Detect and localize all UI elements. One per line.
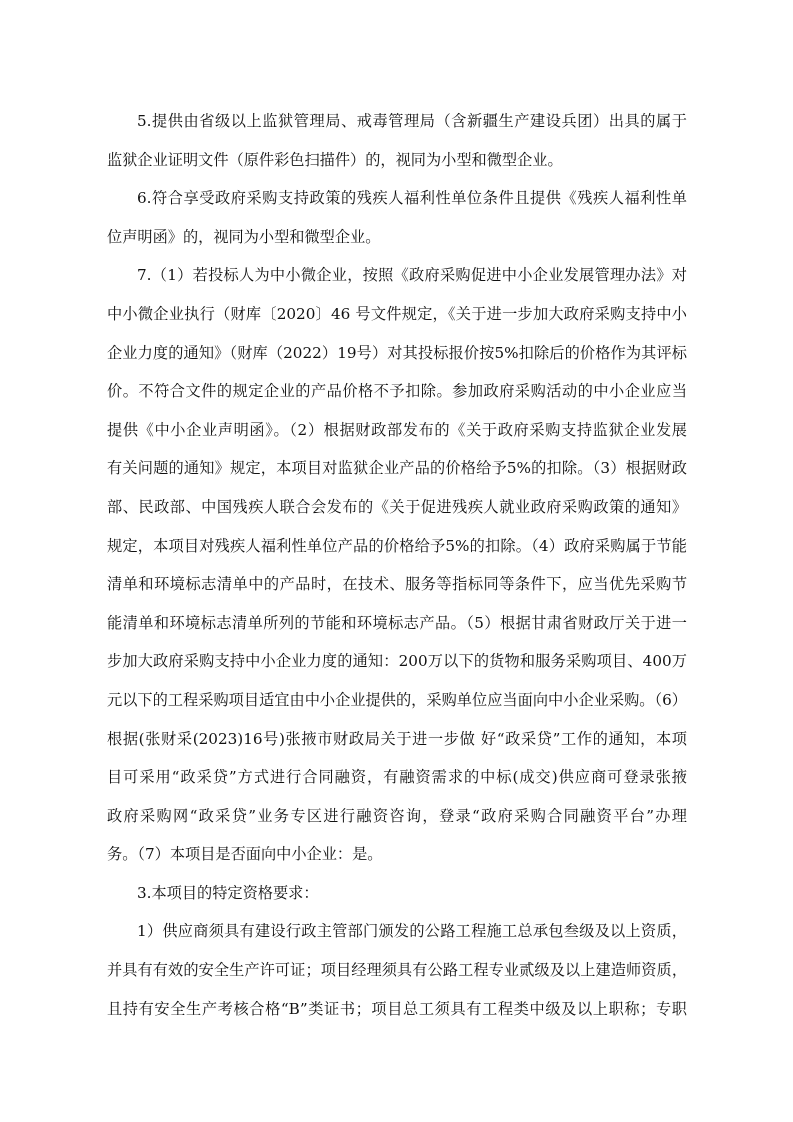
- text-line: 部、民政部、中国残疾人联合会发布的《关于促进残疾人就业政府采购政策的通知》: [107, 492, 687, 531]
- text-line: 5.提供由省级以上监狱管理局、戒毒管理局（含新疆生产建设兵团）出具的属于: [107, 106, 687, 145]
- paragraph-item-5: 5.提供由省级以上监狱管理局、戒毒管理局（含新疆生产建设兵团）出具的属于 监狱企…: [107, 106, 687, 183]
- text-line: 步加大政府采购支持中小企业力度的通知：200万以下的货物和服务采购项目、400万: [107, 646, 687, 685]
- document-body: 5.提供由省级以上监狱管理局、戒毒管理局（含新疆生产建设兵团）出具的属于 监狱企…: [107, 106, 687, 1032]
- section-heading-3: 3.本项目的特定资格要求：: [107, 878, 687, 917]
- text-line: 7.（1）若投标人为中小微企业，按照《政府采购促进中小企业发展管理办法》对: [107, 260, 687, 299]
- text-line: 监狱企业证明文件（原件彩色扫描件）的，视同为小型和微型企业。: [107, 145, 687, 184]
- text-line: 3.本项目的特定资格要求：: [107, 878, 687, 917]
- text-line: 能清单和环境标志清单所列的节能和环境标志产品。（5）根据甘肃省财政厅关于进一: [107, 608, 687, 647]
- text-line: 务。（7）本项目是否面向中小企业：是。: [107, 839, 687, 878]
- text-line: 位声明函》的，视同为小型和微型企业。: [107, 222, 687, 261]
- text-line: 6.符合享受政府采购支持政策的残疾人福利性单位条件且提供《残疾人福利性单: [107, 183, 687, 222]
- text-line: 元以下的工程采购项目适宜由中小企业提供的，采购单位应当面向中小企业采购。（6）: [107, 685, 687, 724]
- text-line: 并具有有效的安全生产许可证；项目经理须具有公路工程专业贰级及以上建造师资质，: [107, 955, 687, 994]
- text-line: 政府采购网“政采贷”业务专区进行融资咨询，登录“政府采购合同融资平台”办理: [107, 801, 687, 840]
- text-line: 中小微企业执行（财库〔2020〕46 号文件规定，《关于进一步加大政府采购支持中…: [107, 299, 687, 338]
- text-line: 1）供应商须具有建设行政主管部门颁发的公路工程施工总承包叁级及以上资质，: [107, 916, 687, 955]
- paragraph-item-7: 7.（1）若投标人为中小微企业，按照《政府采购促进中小企业发展管理办法》对 中小…: [107, 260, 687, 878]
- text-line: 提供《中小企业声明函》。（2）根据财政部发布的《关于政府采购支持监狱企业发展: [107, 415, 687, 454]
- document-page: 5.提供由省级以上监狱管理局、戒毒管理局（含新疆生产建设兵团）出具的属于 监狱企…: [0, 0, 793, 1122]
- text-line: 有关问题的通知》规定，本项目对监狱企业产品的价格给予5%的扣除。（3）根据财政: [107, 453, 687, 492]
- text-line: 根据(张财采(2023)16号)张掖市财政局关于进一步做 好“政采贷”工作的通知…: [107, 724, 687, 763]
- text-line: 价。不符合文件的规定企业的产品价格不予扣除。参加政府采购活动的中小企业应当: [107, 376, 687, 415]
- text-line: 且持有安全生产考核合格“B”类证书；项目总工须具有工程类中级及以上职称；专职: [107, 994, 687, 1033]
- text-line: 企业力度的通知》（财库（2022）19号）对其投标报价按5%扣除后的价格作为其评…: [107, 338, 687, 377]
- text-line: 目可采用“政采贷”方式进行合同融资，有融资需求的中标(成交)供应商可登录张掖: [107, 762, 687, 801]
- paragraph-item-6: 6.符合享受政府采购支持政策的残疾人福利性单位条件且提供《残疾人福利性单 位声明…: [107, 183, 687, 260]
- text-line: 规定，本项目对残疾人福利性单位产品的价格给予5%的扣除。（4）政府采购属于节能: [107, 531, 687, 570]
- paragraph-requirement-1: 1）供应商须具有建设行政主管部门颁发的公路工程施工总承包叁级及以上资质， 并具有…: [107, 916, 687, 1032]
- text-line: 清单和环境标志清单中的产品时，在技术、服务等指标同等条件下，应当优先采购节: [107, 569, 687, 608]
